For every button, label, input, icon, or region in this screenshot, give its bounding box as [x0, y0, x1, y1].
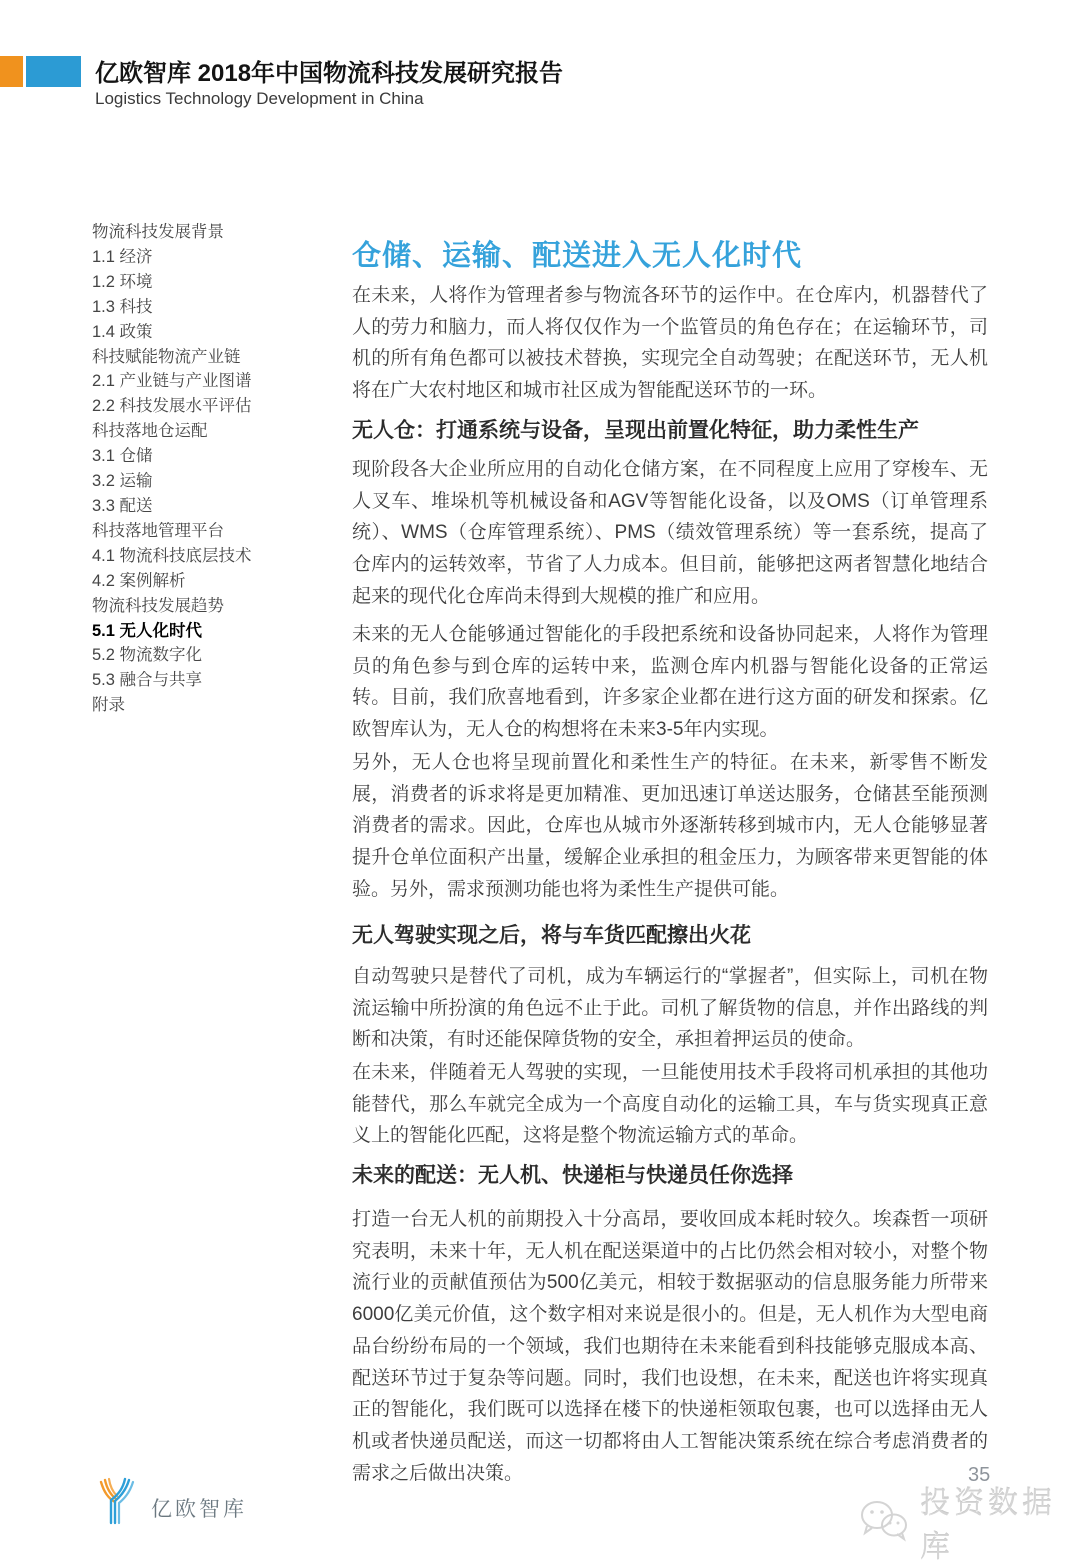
wechat-icon: [858, 1497, 910, 1548]
report-title: 亿欧智库 2018年中国物流科技发展研究报告: [95, 53, 563, 88]
toc-item[interactable]: 2.1 产业链与产业图谱: [92, 369, 342, 394]
watermark-label: 投资数据库: [920, 1478, 1080, 1560]
toc-item[interactable]: 1.1 经济: [92, 245, 342, 270]
toc-item[interactable]: 3.1 仓储: [92, 444, 342, 469]
intro-paragraph: 在未来，人将作为管理者参与物流各环节的运作中。在仓库内，机器替代了人的劳力和脑力…: [352, 280, 988, 407]
section-paragraph: 在未来，伴随着无人驾驶的实现，一旦能使用技术手段将司机承担的其他功能替代，那么车…: [352, 1057, 988, 1152]
toc-item[interactable]: 物流科技发展背景: [92, 220, 342, 245]
toc-item[interactable]: 物流科技发展趋势: [92, 594, 342, 619]
section-heading: 未来的配送：无人机、快递柜与快递员任你选择: [352, 1159, 1012, 1189]
toc-item[interactable]: 2.2 科技发展水平评估: [92, 394, 342, 419]
toc-item[interactable]: 科技赋能物流产业链: [92, 345, 342, 370]
section-heading: 无人驾驶实现之后，将与车货匹配擦出火花: [352, 919, 1012, 949]
report-subtitle: Logistics Technology Development in Chin…: [95, 89, 424, 109]
section-heading: 无人仓：打通系统与设备，呈现出前置化特征，助力柔性生产: [352, 414, 1012, 444]
footer-brand-label: 亿欧智库: [151, 1493, 247, 1523]
section-paragraph: 打造一台无人机的前期投入十分高昂，要收回成本耗时较久。埃森哲一项研究表明，未来十…: [352, 1204, 988, 1489]
toc-item[interactable]: 4.2 案例解析: [92, 569, 342, 594]
toc-item[interactable]: 3.2 运输: [92, 469, 342, 494]
section-paragraph: 另外，无人仓也将呈现前置化和柔性生产的特征。在未来，新零售不断发展，消费者的诉求…: [352, 747, 988, 906]
toc-item[interactable]: 1.2 环境: [92, 270, 342, 295]
eo-y-logo-icon: [95, 1476, 137, 1531]
toc-item[interactable]: 3.3 配送: [92, 494, 342, 519]
toc-item[interactable]: 1.3 科技: [92, 295, 342, 320]
header-accent-blue: [26, 56, 81, 87]
toc-item-active[interactable]: 5.1 无人化时代: [92, 619, 342, 644]
toc-item[interactable]: 科技落地仓运配: [92, 419, 342, 444]
section-paragraph: 未来的无人仓能够通过智能化的手段把系统和设备协同起来，人将作为管理员的角色参与到…: [352, 619, 988, 746]
footer-brand: 亿欧智库: [95, 1476, 247, 1531]
toc-item[interactable]: 5.3 融合与共享: [92, 668, 342, 693]
section-paragraph: 现阶段各大企业所应用的自动化仓储方案，在不同程度上应用了穿梭车、无人叉车、堆垛机…: [352, 454, 988, 613]
header-accent-orange: [0, 56, 23, 87]
toc-item[interactable]: 科技落地管理平台: [92, 519, 342, 544]
toc-sidebar: 物流科技发展背景 1.1 经济 1.2 环境 1.3 科技 1.4 政策 科技赋…: [92, 220, 342, 718]
section-paragraph: 自动驾驶只是替代了司机，成为车辆运行的“掌握者”，但实际上，司机在物流运输中所扮…: [352, 961, 988, 1056]
report-page: 亿欧智库 2018年中国物流科技发展研究报告 Logistics Technol…: [0, 0, 1080, 1560]
chapter-title: 仓储、运输、配送进入无人化时代: [352, 233, 1012, 274]
toc-item[interactable]: 附录: [92, 693, 342, 718]
watermark: 投资数据库: [858, 1478, 1080, 1560]
toc-item[interactable]: 4.1 物流科技底层技术: [92, 544, 342, 569]
toc-item[interactable]: 5.2 物流数字化: [92, 643, 342, 668]
toc-item[interactable]: 1.4 政策: [92, 320, 342, 345]
